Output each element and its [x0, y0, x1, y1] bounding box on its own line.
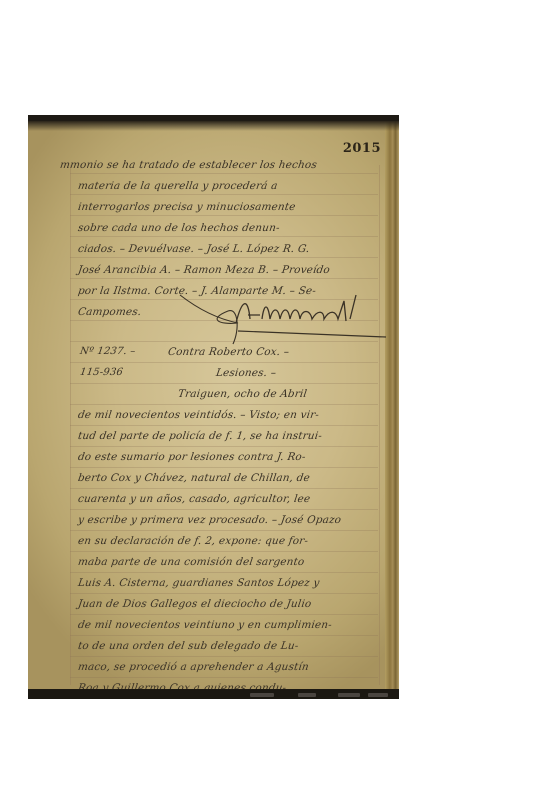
- case-subject: Lesiones. –: [215, 367, 399, 379]
- text-line: en su declaración de f. 2, expone: que f…: [77, 535, 379, 547]
- text-line: Luis A. Cisterna, guardianes Santos Lópe…: [77, 577, 379, 589]
- text-line: to de una orden del sub delegado de Lu-: [77, 640, 379, 652]
- ruled-line: [70, 593, 378, 594]
- ruled-line: [70, 656, 378, 657]
- text-line: de mil novecientos veintiuno y en cumpli…: [77, 619, 379, 631]
- page-number: 2015: [343, 141, 381, 156]
- ruled-line: [70, 614, 378, 615]
- text-line: berto Cox y Chávez, natural de Chillan, …: [77, 472, 379, 484]
- ruled-line: [70, 677, 378, 678]
- ruled-line: [70, 257, 378, 258]
- ruled-line: [70, 215, 378, 216]
- ruled-line: [70, 635, 378, 636]
- text-line: materia de la querella y procederá a: [77, 180, 379, 192]
- text-line: ciados. – Devuélvase. – José L. López R.…: [77, 243, 379, 255]
- ruled-line: [70, 425, 378, 426]
- document-photo: 2015 mmonio se ha tratado de establecer …: [28, 115, 399, 699]
- ruled-line: [70, 383, 378, 384]
- text-line: José Arancibia A. – Ramon Meza B. – Prov…: [77, 264, 379, 276]
- ruled-line: [70, 404, 378, 405]
- ruled-line: [70, 551, 378, 552]
- page-tab: [338, 693, 360, 697]
- page-edge: [385, 121, 399, 691]
- text-line: maco, se procedió a aprehender a Agustín: [77, 661, 379, 673]
- ruled-line: [70, 509, 378, 510]
- page-tab: [250, 693, 274, 697]
- text-line: tud del parte de policía de f. 1, se ha …: [77, 430, 379, 442]
- ruled-line: [70, 572, 378, 573]
- text-line: maba parte de una comisión del sargento: [77, 556, 379, 568]
- text-line: de mil novecientos veintidós. – Visto; e…: [77, 409, 379, 421]
- text-line: cuarenta y un años, casado, agricultor, …: [77, 493, 379, 505]
- text-line: do este sumario por lesiones contra J. R…: [77, 451, 379, 463]
- ruled-line: [70, 173, 378, 174]
- binding-bottom: [28, 689, 399, 699]
- signature: [178, 289, 388, 349]
- ruled-line: [70, 278, 378, 279]
- text-line: y escribe y primera vez procesado. – Jos…: [77, 514, 379, 526]
- ruled-line: [70, 467, 378, 468]
- text-line: Juan de Dios Gallegos el dieciocho de Ju…: [77, 598, 379, 610]
- ruled-line: [70, 236, 378, 237]
- ledger-page: 2015 mmonio se ha tratado de establecer …: [28, 121, 399, 691]
- ruled-line: [70, 530, 378, 531]
- text-line: Traiguen, ocho de Abril: [177, 388, 399, 400]
- text-line: interrogarlos precisa y minuciosamente: [77, 201, 379, 213]
- ruled-line: [70, 446, 378, 447]
- ruled-line: [70, 488, 378, 489]
- case-title: Contra Roberto Cox. –: [167, 346, 399, 358]
- ruled-line: [70, 362, 378, 363]
- ruled-line: [70, 194, 378, 195]
- page-tab: [368, 693, 388, 697]
- binding-shadow: [28, 121, 399, 131]
- page-tab: [298, 693, 316, 697]
- text-line: sobre cada uno de los hechos denun-: [77, 222, 379, 234]
- text-line: mmonio se ha tratado de establecer los h…: [59, 159, 361, 171]
